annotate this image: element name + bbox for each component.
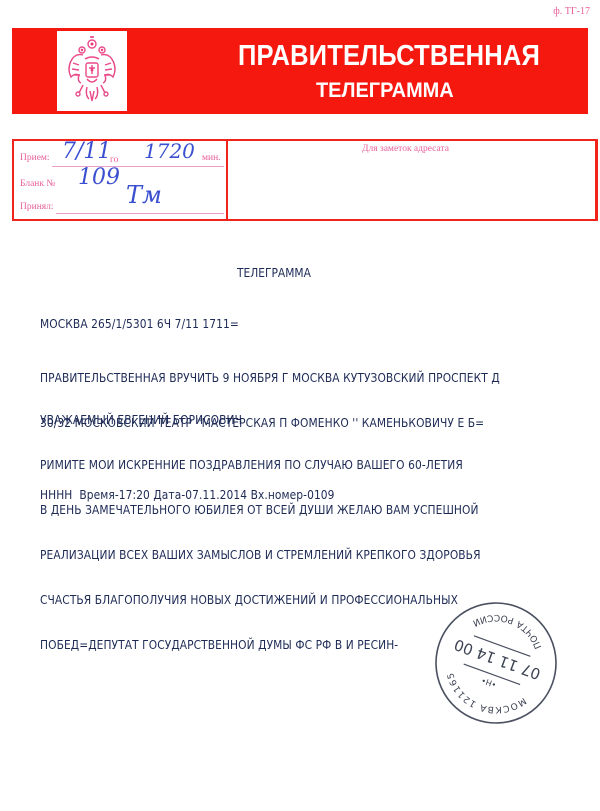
accepted-label: Принял:: [20, 202, 54, 212]
recipient-notes-label: Для заметок адресата: [362, 144, 449, 154]
russian-coat-of-arms-icon: [63, 35, 121, 107]
form-code: ф. ТГ-17: [553, 6, 590, 17]
blank-label: Бланк №: [20, 179, 55, 189]
routing-line: МОСКВА 265/1/5301 6Ч 7/11 1711=: [40, 316, 239, 331]
received-time: 1720: [144, 139, 195, 163]
stamp-letter: •Н•: [480, 675, 498, 689]
reception-fields: Прием: 7/11 го 1720 мин. Бланк № 109 Тм …: [14, 141, 228, 219]
body-line: СЧАСТЬЯ БЛАГОПОЛУЧИЯ НОВЫХ ДОСТИЖЕНИЙ И …: [40, 592, 481, 607]
received-label: Прием:: [20, 153, 50, 163]
blank-number: 109: [78, 165, 120, 190]
header-band: ПРАВИТЕЛЬСТВЕННАЯ ТЕЛЕГРАММА: [12, 28, 588, 114]
message-body: УВАЖАЕМЫЙ ЕВГЕНИЙ БОРИСОВИЧ РИМИТЕ МОИ И…: [40, 382, 481, 667]
postmark-stamp-icon: МОСКВА 121165 ПОЧТА РОССИИ •Н• 07 11 14 …: [430, 597, 562, 729]
received-day: 7/11: [62, 139, 111, 164]
accepted-signature: Тм: [126, 181, 162, 209]
accepted-underline: [56, 213, 224, 214]
header-title: ПРАВИТЕЛЬСТВЕННАЯ: [238, 40, 540, 73]
hours-label: го: [110, 155, 118, 165]
telegram-title: ТЕЛЕГРАММА: [237, 265, 311, 280]
body-line: В ДЕНЬ ЗАМЕЧАТЕЛЬНОГО ЮБИЛЕЯ ОТ ВСЕЙ ДУШ…: [40, 502, 481, 517]
footer-line: НННН Время-17:20 Дата-07.11.2014 Вх.номе…: [40, 487, 335, 502]
emblem-box: [57, 31, 127, 111]
body-line: ПОБЕД=ДЕПУТАТ ГОСУДАРСТВЕННОЙ ДУМЫ ФС РФ…: [40, 637, 481, 652]
body-line: РИМИТЕ МОИ ИСКРЕННИЕ ПОЗДРАВЛЕНИЯ ПО СЛУ…: [40, 457, 481, 472]
body-line: УВАЖАЕМЫЙ ЕВГЕНИЙ БОРИСОВИЧ: [40, 412, 481, 427]
minutes-label: мин.: [202, 153, 221, 163]
header-subtitle: ТЕЛЕГРАММА: [316, 79, 454, 103]
reception-form: Прием: 7/11 го 1720 мин. Бланк № 109 Тм …: [12, 139, 598, 221]
body-line: РЕАЛИЗАЦИИ ВСЕХ ВАШИХ ЗАМЫСЛОВ И СТРЕМЛЕ…: [40, 547, 481, 562]
